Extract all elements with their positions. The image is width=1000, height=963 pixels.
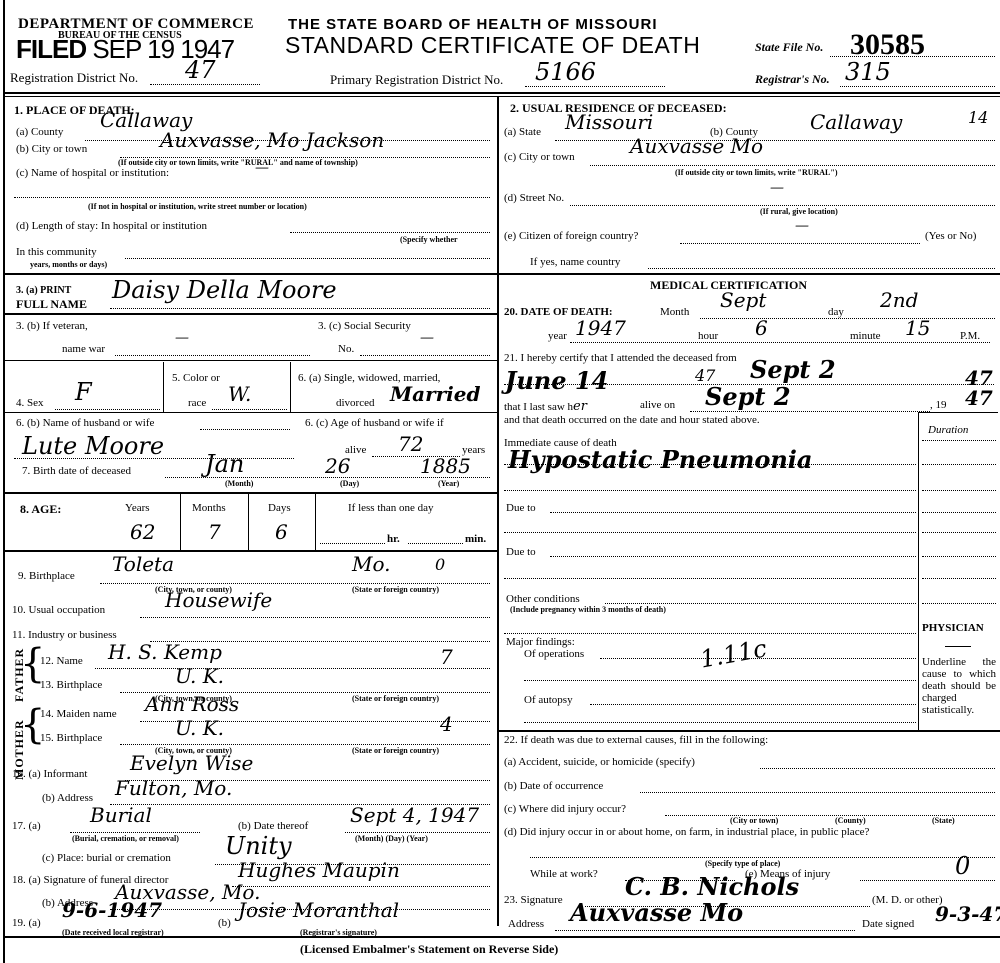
- war-label: name war: [62, 343, 105, 355]
- birthplace-state-value: Mo.: [352, 552, 391, 576]
- res-city-line: [590, 165, 995, 166]
- last-saw-line: [690, 411, 930, 412]
- duration-line: [922, 578, 996, 579]
- informant-value: Evelyn Wise: [130, 751, 253, 775]
- father-mark: 7: [440, 645, 453, 669]
- phys-address-line: [555, 930, 855, 931]
- divorced-label: divorced: [336, 397, 374, 409]
- other-conditions-line: [605, 603, 916, 604]
- autopsy-line: [590, 704, 916, 705]
- spouse-label: 6. (b) Name of husband or wife: [16, 417, 154, 429]
- footer-note: (Licensed Embalmer's Statement on Revers…: [300, 942, 558, 957]
- rule-after-birth: [5, 492, 497, 494]
- death-minute-label: minute: [850, 330, 881, 342]
- duration-line: [922, 603, 996, 604]
- birth-line: [165, 477, 490, 478]
- registrar-signature: Josie Moranthal: [238, 898, 399, 922]
- age-days-value: 6: [275, 520, 288, 544]
- last-saw-pronoun: er: [573, 399, 587, 414]
- full-name-label-1: 3. (a) PRINT: [16, 285, 71, 296]
- spouse-line: [14, 458, 294, 459]
- death-time-line: [570, 342, 990, 343]
- due-to-line-1b: [504, 532, 916, 533]
- ssn-no-label: No.: [338, 343, 354, 355]
- physician-rule: [945, 646, 971, 647]
- age-divider-3: [315, 494, 316, 550]
- death-month-label: Month: [660, 306, 689, 318]
- external-heading: 22. If death was due to external causes,…: [504, 734, 768, 746]
- sex-value: F: [75, 378, 92, 406]
- rule-after-veteran: [5, 360, 497, 361]
- state-file-line: [830, 56, 995, 57]
- min-label: min.: [465, 533, 486, 545]
- margin-mark: 1.11c: [698, 634, 769, 673]
- informant-address-value: Fulton, Mo.: [115, 776, 232, 800]
- full-name-line: [110, 308, 490, 309]
- community-note: years, months or days): [30, 260, 107, 269]
- death-year-value: 1947: [575, 316, 626, 340]
- state-file-label: State File No.: [755, 40, 823, 55]
- home-line: [530, 857, 995, 858]
- phys-address-value: Auxvasse Mo: [570, 898, 743, 927]
- rule-after-medical: [497, 730, 1000, 732]
- spouse-label-line: [200, 429, 290, 430]
- veteran-label: 3. (b) If veteran,: [16, 320, 88, 332]
- last-saw-nineteen: , 19: [930, 399, 947, 411]
- hospital-value: —: [255, 160, 269, 176]
- burial-place-value: Unity: [225, 832, 292, 860]
- type-of-place-note: (Specify type of place): [705, 859, 780, 868]
- community-label: In this community: [16, 246, 97, 258]
- where-state-note: (State): [932, 816, 955, 825]
- mother-birthplace-label: 15. Birthplace: [40, 732, 102, 744]
- sex-line: [55, 409, 160, 410]
- rule-after-residence: [497, 273, 1000, 275]
- mother-birthplace-line: [120, 744, 490, 745]
- street-note: (If rural, give location): [760, 207, 838, 216]
- county-code: 14: [968, 108, 988, 127]
- state-label: (a) State: [504, 126, 541, 138]
- year-note: (Year): [438, 479, 459, 488]
- center-divider: [497, 96, 499, 926]
- race-value: W.: [228, 382, 251, 406]
- header-rule: [5, 92, 1000, 94]
- disposition-label: 17. (a): [12, 820, 41, 832]
- where-city-note: (City or town): [730, 816, 778, 825]
- registration-district-label: Registration District No.: [10, 70, 138, 86]
- ssn-value: —: [420, 330, 434, 346]
- occurrence-label: (b) Date of occurrence: [504, 780, 603, 792]
- father-name-line: [95, 668, 490, 669]
- rule-after-name: [5, 313, 497, 315]
- death-year-label: year: [548, 330, 567, 342]
- duration-line: [922, 490, 996, 491]
- father-state-note: (State or foreign country): [352, 694, 439, 703]
- birthplace-label: 9. Birthplace: [18, 570, 75, 582]
- duration-line: [922, 512, 996, 513]
- occurrence-line: [640, 792, 995, 793]
- death-hour-value: 6: [755, 316, 768, 340]
- spouse-age-label: 6. (c) Age of husband or wife if: [305, 417, 444, 429]
- spouse-value: Lute Moore: [22, 432, 164, 460]
- due-to-line-2: [550, 556, 916, 557]
- where-county-note: (County): [835, 816, 866, 825]
- duration-divider: [918, 412, 919, 730]
- registrar-no-line: [840, 86, 995, 87]
- operations-label: Of operations: [524, 648, 584, 660]
- birth-label: 7. Birth date of deceased: [22, 465, 131, 477]
- occupation-line: [140, 617, 490, 618]
- age-divider-1: [180, 494, 181, 550]
- street-value: —: [770, 180, 784, 196]
- citizen-note: (Yes or No): [925, 230, 976, 242]
- other-conditions-label: Other conditions: [506, 593, 580, 605]
- death-month-value: Sept: [720, 288, 766, 312]
- disposition-date-note: (Month) (Day) (Year): [355, 834, 428, 843]
- last-saw-year: 47: [965, 386, 993, 410]
- registration-district-value: 47: [185, 56, 216, 84]
- disposition-value: Burial: [90, 803, 152, 827]
- hospital-label: (c) Name of hospital or institution:: [16, 167, 169, 179]
- age-months-value: 7: [208, 520, 221, 544]
- duration-line: [922, 532, 996, 533]
- means-mark: 0: [955, 852, 970, 880]
- work-label: While at work?: [530, 868, 598, 880]
- filed-label: FILED: [16, 34, 86, 64]
- cause-value: Hypostatic Pneumonia: [508, 445, 812, 474]
- city-note: (If outside city or town limits, write "…: [118, 158, 358, 167]
- father-name-value: H. S. Kemp: [108, 640, 222, 664]
- disposition-date-label: (b) Date thereof: [238, 820, 308, 832]
- mother-mark: 4: [440, 712, 453, 736]
- informant-address-label: (b) Address: [42, 792, 93, 804]
- hospital-line: [14, 197, 490, 198]
- occupation-value: Housewife: [165, 588, 272, 612]
- sex-label: 4. Sex: [16, 397, 44, 409]
- rule-after-place: [5, 273, 497, 275]
- spouse-age-value: 72: [398, 432, 423, 456]
- res-city-note: (If outside city or town limits, write "…: [675, 168, 838, 177]
- cause-line-2: [504, 490, 916, 491]
- age-years-value: 62: [130, 520, 155, 544]
- last-saw-label: that I last saw her: [504, 399, 587, 414]
- attended-from-value: June 14: [505, 366, 608, 395]
- registration-district-line: [150, 84, 260, 85]
- hr-line: [320, 543, 385, 544]
- ssn-label: 3. (c) Social Security: [318, 320, 411, 332]
- registrar-sig-label: (b): [218, 917, 231, 929]
- home-label: (d) Did injury occur in or about home, o…: [504, 826, 869, 838]
- occupation-label: 10. Usual occupation: [12, 604, 105, 616]
- occurred-label: and that death occurred on the date and …: [504, 414, 760, 426]
- death-day-label: day: [828, 306, 844, 318]
- due-to-line-1: [550, 512, 916, 513]
- hr-label: hr.: [387, 533, 400, 545]
- citizen-value: —: [795, 218, 809, 234]
- father-birthplace-label: 13. Birthplace: [40, 679, 102, 691]
- received-label: 19. (a): [12, 917, 41, 929]
- attended-to-value: Sept 2: [750, 355, 836, 384]
- header-rule-2: [5, 96, 1000, 97]
- burial-place-label: (c) Place: burial or cremation: [42, 852, 171, 864]
- signature-label: 23. Signature: [504, 894, 563, 906]
- res-city-value: Auxvasse Mo: [630, 134, 763, 158]
- county-label: (a) County: [16, 126, 63, 138]
- community-line: [125, 258, 490, 259]
- age-years-label: Years: [125, 502, 150, 514]
- war-value: —: [175, 330, 189, 346]
- primary-registration-value: 5166: [535, 58, 596, 86]
- marital-value: Married: [390, 382, 480, 406]
- state-value: Missouri: [565, 110, 653, 134]
- duration-line: [922, 440, 996, 441]
- birth-month-value: Jan: [205, 450, 244, 478]
- certify-label: 21. I hereby certify that I attended the…: [504, 352, 737, 364]
- birthplace-state-note: (State or foreign country): [352, 585, 439, 594]
- operations-line-2: [524, 680, 916, 681]
- race-line: [212, 409, 287, 410]
- director-line: [232, 886, 490, 887]
- last-saw-date: Sept 2: [705, 382, 791, 411]
- alive-on-label: alive on: [640, 399, 675, 411]
- duration-label: Duration: [928, 424, 968, 436]
- disposition-note: (Burial, cremation, or removal): [72, 834, 179, 843]
- board-label: THE STATE BOARD OF HEALTH OF MISSOURI: [288, 16, 658, 33]
- major-findings-label: Major findings:: [506, 636, 575, 648]
- full-name-value: Daisy Della Moore: [112, 276, 337, 304]
- birth-day-value: 26: [325, 454, 350, 478]
- physician-note: Underline the cause to which death shoul…: [922, 656, 996, 716]
- age-label: 8. AGE:: [20, 502, 61, 517]
- race-divider: [290, 362, 291, 412]
- other-conditions-line-2: [504, 633, 916, 634]
- street-label: (d) Street No.: [504, 192, 564, 204]
- day-note: (Day): [340, 479, 359, 488]
- color-label: 5. Color or: [172, 372, 220, 384]
- mother-maiden-label: 14. Maiden name: [40, 708, 117, 720]
- left-border: [3, 0, 5, 963]
- rule-after-age: [5, 550, 497, 552]
- ssn-line: [360, 355, 490, 356]
- autopsy-line-2: [524, 722, 916, 723]
- where-label: (c) Where did injury occur?: [504, 803, 626, 815]
- father-name-label: 12. Name: [40, 655, 83, 667]
- means-line: [860, 880, 995, 881]
- full-name-label-2: FULL NAME: [16, 297, 87, 312]
- country-line: [648, 268, 995, 269]
- other-conditions-note: (Include pregnancy within 3 months of de…: [510, 605, 666, 614]
- due-to-label-2: Due to: [506, 546, 536, 558]
- mother-birthplace-value: U. K.: [175, 716, 224, 740]
- min-line: [408, 543, 463, 544]
- city-value: Auxvasse, Mo Jackson: [160, 128, 384, 152]
- death-hour-label: hour: [698, 330, 718, 342]
- due-to-label-1: Due to: [506, 502, 536, 514]
- disposition-line: [70, 832, 200, 833]
- less-than-day-label: If less than one day: [348, 502, 434, 514]
- duration-line: [922, 464, 996, 465]
- due-to-line-2b: [504, 578, 916, 579]
- md-label: (M. D. or other): [872, 894, 943, 906]
- mother-maiden-value: Ann Ross: [145, 692, 239, 716]
- birthplace-city-value: Toleta: [112, 552, 174, 576]
- industry-label: 11. Industry or business: [12, 629, 117, 641]
- accident-line: [760, 768, 995, 769]
- disposition-date-value: Sept 4, 1947: [350, 803, 479, 827]
- death-date-line: [700, 318, 995, 319]
- accident-label: (a) Accident, suicide, or homicide (spec…: [504, 756, 695, 768]
- country-label: If yes, name country: [530, 256, 620, 268]
- registrar-no-value: 315: [845, 58, 891, 86]
- primary-registration-line: [525, 86, 665, 87]
- disposition-date-line: [345, 832, 490, 833]
- duration-line: [922, 556, 996, 557]
- date-signed-value: 9-3-47: [935, 902, 1000, 926]
- city-label: (b) City or town: [16, 143, 87, 155]
- rule-after-sex: [5, 412, 497, 413]
- certificate-title: STANDARD CERTIFICATE OF DEATH: [285, 32, 700, 59]
- age-months-label: Months: [192, 502, 226, 514]
- citizen-line: [680, 243, 920, 244]
- stay-line: [290, 232, 490, 233]
- street-line: [570, 205, 995, 206]
- received-value: 9-6-1947: [62, 898, 162, 922]
- death-pm: P.M.: [960, 330, 980, 342]
- mother-state-note: (State or foreign country): [352, 746, 439, 755]
- death-minute-value: 15: [905, 316, 930, 340]
- stay-note: (Specify whether: [400, 235, 458, 244]
- stay-label: (d) Length of stay: In hospital or insti…: [16, 220, 207, 232]
- cause-line-1: [504, 464, 916, 465]
- physician-signature: C. B. Nichols: [625, 872, 799, 901]
- sex-divider: [163, 362, 164, 412]
- death-day-value: 2nd: [880, 288, 918, 312]
- war-line: [115, 355, 310, 356]
- citizen-label: (e) Citizen of foreign country?: [504, 230, 638, 242]
- birth-year-value: 1885: [420, 454, 471, 478]
- date-signed-label: Date signed: [862, 918, 914, 930]
- physician-label: PHYSICIAN: [922, 622, 984, 634]
- autopsy-label: Of autopsy: [524, 694, 573, 706]
- age-divider-2: [248, 494, 249, 550]
- res-county-value: Callaway: [810, 110, 902, 134]
- birthplace-mark: 0: [435, 555, 445, 574]
- hospital-note: (If not in hospital or institution, writ…: [88, 202, 307, 211]
- race-label: race: [188, 397, 206, 409]
- primary-registration-label: Primary Registration District No.: [330, 72, 503, 88]
- registrar-no-label: Registrar's No.: [755, 72, 830, 87]
- informant-label: 16. (a) Informant: [12, 768, 87, 780]
- father-birthplace-value: U. K.: [175, 664, 224, 688]
- res-city-label: (c) City or town: [504, 151, 575, 163]
- month-note: (Month): [225, 479, 253, 488]
- age-days-label: Days: [268, 502, 291, 514]
- state-line: [555, 140, 995, 141]
- phys-address-label: Address: [508, 918, 544, 930]
- duration-top: [918, 412, 998, 413]
- birthplace-line: [100, 583, 490, 584]
- director-value: Hughes Maupin: [238, 858, 400, 882]
- bottom-rule: [5, 936, 1000, 938]
